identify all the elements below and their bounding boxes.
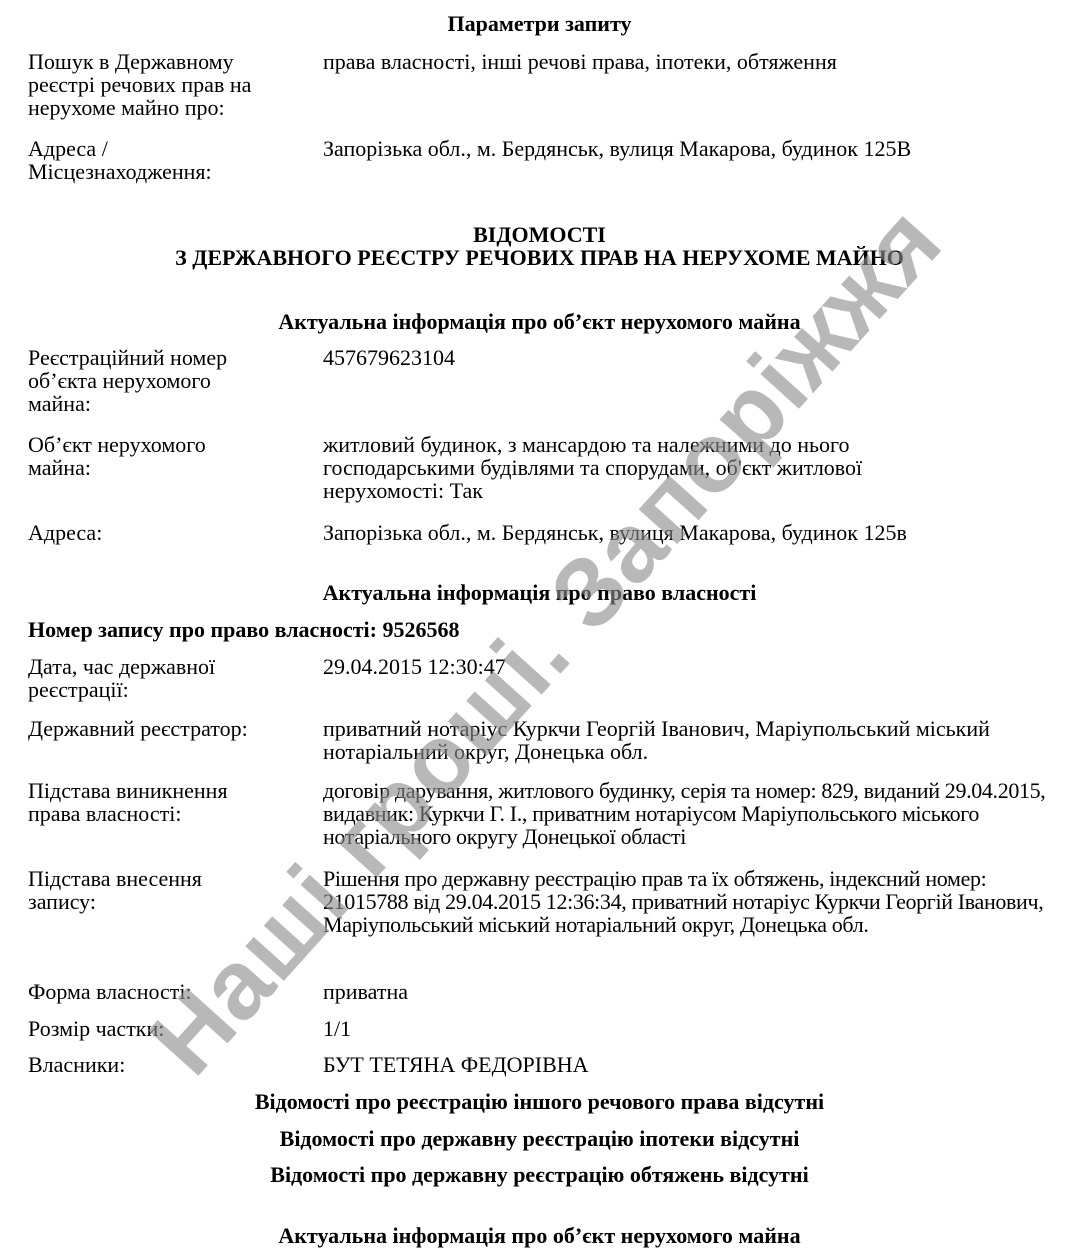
share-size-value: 1/1 xyxy=(323,1017,1063,1040)
ownership-basis-label: Підстава виникнення права власності: xyxy=(28,779,268,825)
registrar-label: Державний реєстратор: xyxy=(28,717,308,740)
object-info-title: Актуальна інформація про об’єкт нерухомо… xyxy=(0,310,1079,333)
document-title-line1: ВІДОМОСТІ xyxy=(0,223,1079,246)
ownership-basis-value: договір дарування, житлового будинку, се… xyxy=(323,779,1068,848)
encumbrance-absent-notice: Відомості про державну реєстрацію обтяже… xyxy=(0,1163,1079,1186)
object-reg-number-label: Реєстраційний номер об’єкта нерухомого м… xyxy=(28,346,268,415)
search-scope-value: права власності, інші речові права, іпот… xyxy=(323,50,1063,73)
search-scope-label: Пошук в Державному реєстрі речових прав … xyxy=(28,50,298,119)
ownership-form-label: Форма власності: xyxy=(28,980,308,1003)
object-type-label: Об’єкт нерухомого майна: xyxy=(28,433,258,479)
document-title-line2: З ДЕРЖАВНОГО РЕЄСТРУ РЕЧОВИХ ПРАВ НА НЕР… xyxy=(0,246,1079,269)
share-size-label: Розмір частки: xyxy=(28,1017,308,1040)
request-address-label: Адреса / Місцезнаходження: xyxy=(28,137,268,183)
registration-datetime-value: 29.04.2015 12:30:47 xyxy=(323,655,1063,678)
registrar-value: приватний нотаріус Куркчи Георгій Іванов… xyxy=(323,717,1023,763)
ownership-record-number: Номер запису про право власності: 952656… xyxy=(28,618,1079,641)
object-address-value: Запорізька обл., м. Бердянськ, вулиця Ма… xyxy=(323,521,1063,544)
object-address-label: Адреса: xyxy=(28,521,308,544)
registry-extract-page: Параметри запиту Пошук в Державному реєс… xyxy=(0,0,1079,1254)
request-address-value: Запорізька обл., м. Бердянськ, вулиця Ма… xyxy=(323,137,1063,160)
mortgage-absent-notice: Відомості про державну реєстрацію іпотек… xyxy=(0,1127,1079,1150)
registration-datetime-label: Дата, час державної реєстрації: xyxy=(28,655,268,701)
owners-label: Власники: xyxy=(28,1053,308,1076)
owners-value: БУТ ТЕТЯНА ФЕДОРІВНА xyxy=(323,1053,1063,1076)
object-type-value: житловий будинок, з мансардою та належни… xyxy=(323,433,963,502)
ownership-info-title: Актуальна інформація про право власності xyxy=(0,581,1079,604)
ownership-form-value: приватна xyxy=(323,980,1063,1003)
object-reg-number-value: 457679623104 xyxy=(323,346,1063,369)
other-rights-absent-notice: Відомості про реєстрацію іншого речового… xyxy=(0,1090,1079,1113)
next-object-info-title: Актуальна інформація про об’єкт нерухомо… xyxy=(0,1224,1079,1247)
record-basis-label: Підстава внесення запису: xyxy=(28,867,248,913)
request-params-title: Параметри запиту xyxy=(0,12,1079,35)
record-basis-value: Рішення про державну реєстрацію прав та … xyxy=(323,867,1073,936)
